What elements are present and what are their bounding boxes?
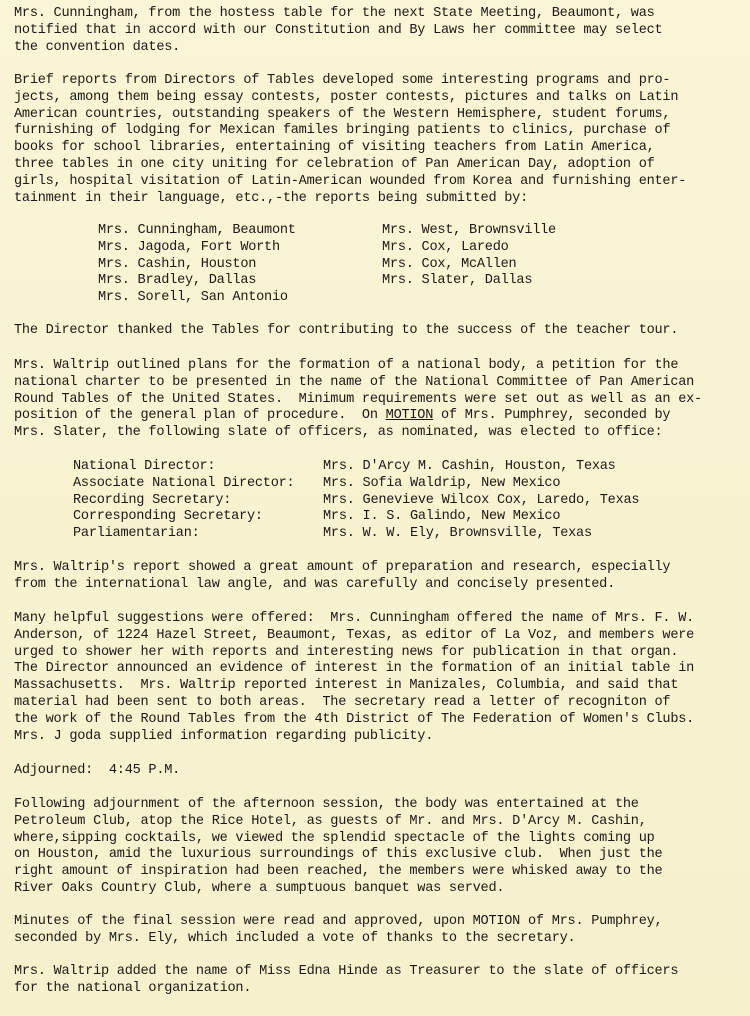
officer-name: Mrs. Sofia Waldrip, New Mexico xyxy=(323,476,639,493)
paragraph-director-reports: Brief reports from Directors of Tables d… xyxy=(14,73,744,207)
text-line: seconded by Mrs. Ely, which included a v… xyxy=(14,931,744,948)
text-line: Many helpful suggestions were offered: M… xyxy=(14,611,744,628)
text-line: where,sipping cocktails, we viewed the s… xyxy=(14,831,744,848)
text-line: Mrs. Waltrip outlined plans for the form… xyxy=(14,358,744,375)
reporter-entry: Mrs. Cox, McAllen xyxy=(382,257,556,274)
officer-name: Mrs. Genevieve Wilcox Cox, Laredo, Texas xyxy=(323,493,639,510)
officer-title: Parliamentarian: xyxy=(73,526,294,543)
paragraph-national-body: Mrs. Waltrip outlined plans for the form… xyxy=(14,358,744,442)
reporters-list-left: Mrs. Cunningham, Beaumont Mrs. Jagoda, F… xyxy=(98,223,296,307)
reporter-entry: Mrs. Slater, Dallas xyxy=(382,273,556,290)
text-line: Mrs. Waltrip's report showed a great amo… xyxy=(14,560,744,577)
text-line: from the international law angle, and wa… xyxy=(14,577,744,594)
text-line: jects, among them being essay contests, … xyxy=(14,90,744,107)
text-line: tainment in their language, etc.,-the re… xyxy=(14,191,744,208)
paragraph-final-session: Minutes of the final session were read a… xyxy=(14,914,744,948)
text-line: Minutes of the final session were read a… xyxy=(14,914,744,931)
text-line: Mrs. Cunningham, from the hostess table … xyxy=(14,6,744,23)
officers-names: Mrs. D'Arcy M. Cashin, Houston, Texas Mr… xyxy=(323,459,639,543)
text-line: Mrs. Slater, the following slate of offi… xyxy=(14,425,744,442)
text-line: the work of the Round Tables from the 4t… xyxy=(14,712,744,729)
adjourned-line: Adjourned: 4:45 P.M. xyxy=(14,763,744,780)
reporter-entry: Mrs. West, Brownsville xyxy=(382,223,556,240)
text-line: three tables in one city uniting for cel… xyxy=(14,157,744,174)
text-line: notified that in accord with our Constit… xyxy=(14,23,744,40)
paragraph-treasurer: Mrs. Waltrip added the name of Miss Edna… xyxy=(14,964,744,998)
text-segment: position of the general plan of procedur… xyxy=(14,408,386,423)
text-line: national charter to be presented in the … xyxy=(14,375,744,392)
text-line: Petroleum Club, atop the Rice Hotel, as … xyxy=(14,814,744,831)
text-line: books for school libraries, entertaining… xyxy=(14,140,744,157)
text-line: urged to shower her with reports and int… xyxy=(14,645,744,662)
paragraph-director-thanks: The Director thanked the Tables for cont… xyxy=(14,323,744,340)
text-line: The Director thanked the Tables for cont… xyxy=(14,323,744,340)
officer-title: National Director: xyxy=(73,459,294,476)
text-line: Following adjournment of the afternoon s… xyxy=(14,797,744,814)
officer-title: Associate National Director: xyxy=(73,476,294,493)
text-line: Mrs. Waltrip added the name of Miss Edna… xyxy=(14,964,744,981)
reporter-entry: Mrs. Sorell, San Antonio xyxy=(98,290,296,307)
reporter-entry: Mrs. Cashin, Houston xyxy=(98,257,296,274)
text-line: furnishing of lodging for Mexican famile… xyxy=(14,123,744,140)
officer-name: Mrs. I. S. Galindo, New Mexico xyxy=(323,509,639,526)
text-line: right amount of inspiration had been rea… xyxy=(14,864,744,881)
officer-title: Corresponding Secretary: xyxy=(73,509,294,526)
officers-titles: National Director: Associate National Di… xyxy=(73,459,294,543)
officer-name: Mrs. D'Arcy M. Cashin, Houston, Texas xyxy=(323,459,639,476)
officer-title: Recording Secretary: xyxy=(73,493,294,510)
text-line: American countries, outstanding speakers… xyxy=(14,107,744,124)
officer-name: Mrs. W. W. Ely, Brownsville, Texas xyxy=(323,526,639,543)
text-line: Round Tables of the United States. Minim… xyxy=(14,392,744,409)
text-line: River Oaks Country Club, where a sumptuo… xyxy=(14,881,744,898)
text-line: on Houston, amid the luxurious surroundi… xyxy=(14,847,744,864)
text-line: The Director announced an evidence of in… xyxy=(14,661,744,678)
text-line: girls, hospital visitation of Latin-Amer… xyxy=(14,174,744,191)
text-line: for the national organization. xyxy=(14,981,744,998)
text-segment: of Mrs. Pumphrey, seconded by xyxy=(433,408,670,423)
typewritten-minutes-page: Mrs. Cunningham, from the hostess table … xyxy=(0,0,750,1016)
reporter-entry: Mrs. Bradley, Dallas xyxy=(98,273,296,290)
text-line: Massachusetts. Mrs. Waltrip reported int… xyxy=(14,678,744,695)
text-line: position of the general plan of procedur… xyxy=(14,408,744,425)
text-line: Adjourned: 4:45 P.M. xyxy=(14,763,744,780)
reporters-list-right: Mrs. West, Brownsville Mrs. Cox, Laredo … xyxy=(382,223,556,290)
paragraph-suggestions: Many helpful suggestions were offered: M… xyxy=(14,611,744,745)
paragraph-waltrip-report: Mrs. Waltrip's report showed a great amo… xyxy=(14,560,744,594)
text-line: Brief reports from Directors of Tables d… xyxy=(14,73,744,90)
text-line: material had been sent to both areas. Th… xyxy=(14,695,744,712)
text-line: Mrs. J goda supplied information regardi… xyxy=(14,729,744,746)
reporter-entry: Mrs. Cox, Laredo xyxy=(382,240,556,257)
text-line: Anderson, of 1224 Hazel Street, Beaumont… xyxy=(14,628,744,645)
text-line: the convention dates. xyxy=(14,40,744,57)
paragraph-state-meeting: Mrs. Cunningham, from the hostess table … xyxy=(14,6,744,56)
reporter-entry: Mrs. Jagoda, Fort Worth xyxy=(98,240,296,257)
paragraph-petroleum-club: Following adjournment of the afternoon s… xyxy=(14,797,744,898)
motion-underlined: MOTION xyxy=(386,408,433,423)
reporter-entry: Mrs. Cunningham, Beaumont xyxy=(98,223,296,240)
